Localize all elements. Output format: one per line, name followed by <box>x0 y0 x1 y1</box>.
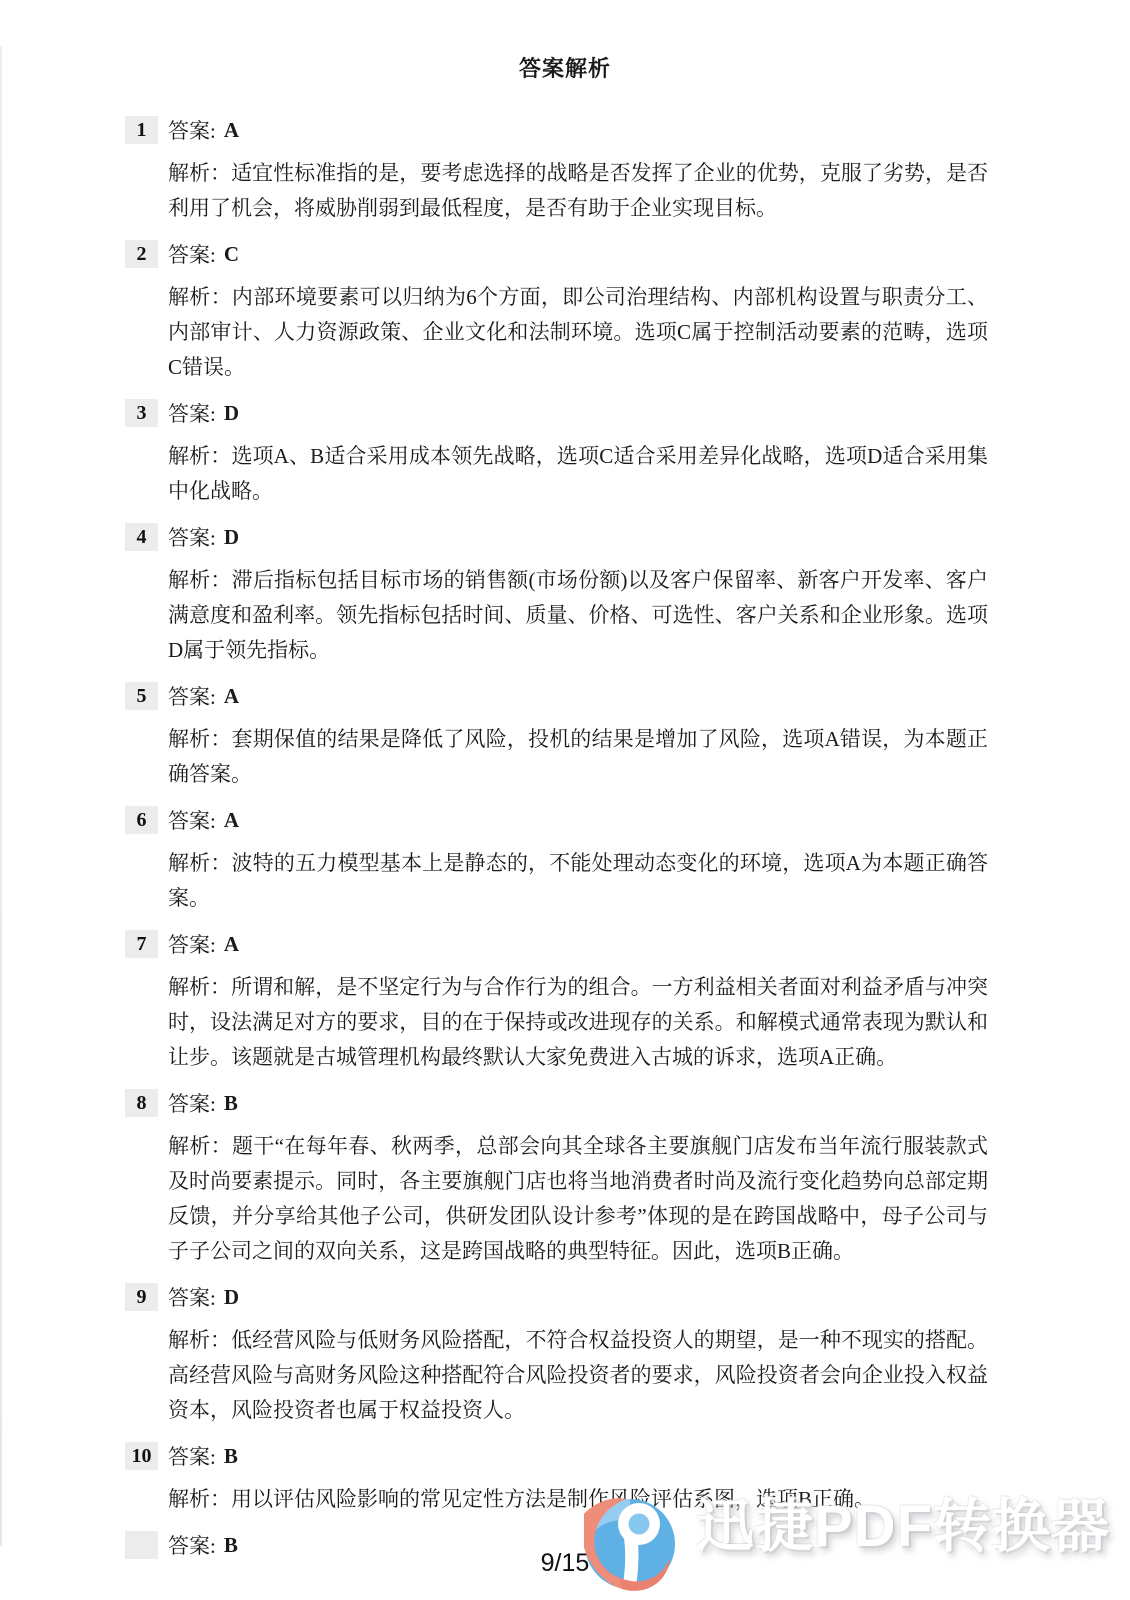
analysis-label: 解析： <box>168 851 232 875</box>
analysis-body: 用以评估风险影响的常见定性方法是制作风险评估系图，选项B正确。 <box>231 1487 875 1511</box>
answer-item: 1 答案: A 解析：适宜性标准指的是，要考虑选择的战略是否发挥了企业的优势，克… <box>125 116 988 226</box>
analysis-body: 选项A、B适合采用成本领先战略，选项C适合采用差异化战略，选项D适合采用集中化战… <box>168 444 988 503</box>
answer-letter: A <box>224 808 239 833</box>
question-number-badge: 7 <box>125 930 158 958</box>
answer-label: 答案: <box>168 1088 216 1118</box>
question-number-badge: 6 <box>125 806 158 834</box>
answer-letter: A <box>224 932 239 957</box>
answer-label: 答案: <box>168 681 216 711</box>
page-title: 答案解析 <box>0 54 1130 84</box>
answer-row: 7 答案: A <box>125 930 988 958</box>
answer-list: 1 答案: A 解析：适宜性标准指的是，要考虑选择的战略是否发挥了企业的优势，克… <box>125 116 988 1559</box>
answer-item: 9 答案: D 解析：低经营风险与低财务风险搭配，不符合权益投资人的期望，是一种… <box>125 1283 988 1428</box>
analysis-text: 解析：题干“在每年春、秋两季，总部会向其全球各主要旗舰门店发布当年流行服装款式及… <box>168 1129 988 1269</box>
analysis-label: 解析： <box>168 285 232 309</box>
answer-label: 答案: <box>168 1441 216 1471</box>
answer-row: 1 答案: A <box>125 116 988 144</box>
answer-label: 答案: <box>168 398 216 428</box>
answer-label: 答案: <box>168 522 216 552</box>
question-number-badge: 1 <box>125 116 158 144</box>
answer-item: 8 答案: B 解析：题干“在每年春、秋两季，总部会向其全球各主要旗舰门店发布当… <box>125 1089 988 1269</box>
scan-edge-artifact <box>0 46 2 1546</box>
analysis-text: 解析：套期保值的结果是降低了风险，投机的结果是增加了风险，选项A错误，为本题正确… <box>168 722 988 792</box>
answer-letter: D <box>224 1285 239 1310</box>
analysis-label: 解析： <box>168 161 231 185</box>
analysis-body: 波特的五力模型基本上是静态的，不能处理动态变化的环境，选项A为本题正确答案。 <box>168 851 988 910</box>
answer-row: 9 答案: D <box>125 1283 988 1311</box>
analysis-body: 滞后指标包括目标市场的销售额(市场份额)以及客户保留率、新客户开发率、客户满意度… <box>168 568 988 662</box>
answer-letter: A <box>224 684 239 709</box>
analysis-label: 解析： <box>168 1487 231 1511</box>
answer-letter: B <box>224 1091 238 1116</box>
analysis-text: 解析：选项A、B适合采用成本领先战略，选项C适合采用差异化战略，选项D适合采用集… <box>168 439 988 509</box>
question-number-badge: 4 <box>125 523 158 551</box>
question-number-badge: 9 <box>125 1283 158 1311</box>
analysis-text: 解析：适宜性标准指的是，要考虑选择的战略是否发挥了企业的优势，克服了劣势，是否利… <box>168 156 988 226</box>
analysis-label: 解析： <box>168 1328 231 1352</box>
analysis-label: 解析： <box>168 1134 232 1158</box>
answer-letter: B <box>224 1444 238 1469</box>
question-number-badge: 8 <box>125 1089 158 1117</box>
page-number: 9/15 <box>0 1549 1130 1578</box>
answer-row: 10 答案: B <box>125 1442 988 1470</box>
answer-row: 3 答案: D <box>125 399 988 427</box>
analysis-body: 套期保值的结果是降低了风险，投机的结果是增加了风险，选项A错误，为本题正确答案。 <box>168 727 988 786</box>
answer-row: 5 答案: A <box>125 682 988 710</box>
question-number-badge: 3 <box>125 399 158 427</box>
answer-letter: D <box>224 401 239 426</box>
answer-item: 10 答案: B 解析：用以评估风险影响的常见定性方法是制作风险评估系图，选项B… <box>125 1442 988 1517</box>
question-number-badge: 10 <box>125 1442 158 1470</box>
document-page: 答案解析 1 答案: A 解析：适宜性标准指的是，要考虑选择的战略是否发挥了企业… <box>0 0 1130 1600</box>
answer-letter: D <box>224 525 239 550</box>
answer-item: 7 答案: A 解析：所谓和解，是不坚定行为与合作行为的组合。一方利益相关者面对… <box>125 930 988 1075</box>
answer-row: 6 答案: A <box>125 806 988 834</box>
answer-label: 答案: <box>168 239 216 269</box>
answer-item: 3 答案: D 解析：选项A、B适合采用成本领先战略，选项C适合采用差异化战略，… <box>125 399 988 509</box>
analysis-text: 解析：所谓和解，是不坚定行为与合作行为的组合。一方利益相关者面对利益矛盾与冲突时… <box>168 970 988 1075</box>
answer-letter: C <box>224 242 239 267</box>
analysis-body: 所谓和解，是不坚定行为与合作行为的组合。一方利益相关者面对利益矛盾与冲突时，设法… <box>168 975 988 1069</box>
answer-row: 4 答案: D <box>125 523 988 551</box>
analysis-text: 解析：内部环境要素可以归纳为6个方面，即公司治理结构、内部机构设置与职责分工、内… <box>168 280 988 385</box>
analysis-label: 解析： <box>168 727 232 751</box>
answer-item: 2 答案: C 解析：内部环境要素可以归纳为6个方面，即公司治理结构、内部机构设… <box>125 240 988 385</box>
answer-item: 6 答案: A 解析：波特的五力模型基本上是静态的，不能处理动态变化的环境，选项… <box>125 806 988 916</box>
answer-item: 5 答案: A 解析：套期保值的结果是降低了风险，投机的结果是增加了风险，选项A… <box>125 682 988 792</box>
analysis-body: 内部环境要素可以归纳为6个方面，即公司治理结构、内部机构设置与职责分工、内部审计… <box>168 285 988 379</box>
analysis-body: 题干“在每年春、秋两季，总部会向其全球各主要旗舰门店发布当年流行服装款式及时尚要… <box>168 1134 988 1263</box>
analysis-body: 适宜性标准指的是，要考虑选择的战略是否发挥了企业的优势，克服了劣势，是否利用了机… <box>168 161 988 220</box>
question-number-badge: 2 <box>125 240 158 268</box>
answer-label: 答案: <box>168 929 216 959</box>
analysis-text: 解析：用以评估风险影响的常见定性方法是制作风险评估系图，选项B正确。 <box>168 1482 988 1517</box>
answer-item: 4 答案: D 解析：滞后指标包括目标市场的销售额(市场份额)以及客户保留率、新… <box>125 523 988 668</box>
answer-label: 答案: <box>168 115 216 145</box>
analysis-label: 解析： <box>168 444 231 468</box>
answer-row: 2 答案: C <box>125 240 988 268</box>
analysis-text: 解析：滞后指标包括目标市场的销售额(市场份额)以及客户保留率、新客户开发率、客户… <box>168 563 988 668</box>
analysis-text: 解析：低经营风险与低财务风险搭配，不符合权益投资人的期望，是一种不现实的搭配。高… <box>168 1323 988 1428</box>
answer-letter: A <box>224 118 239 143</box>
analysis-label: 解析： <box>168 975 231 999</box>
analysis-text: 解析：波特的五力模型基本上是静态的，不能处理动态变化的环境，选项A为本题正确答案… <box>168 846 988 916</box>
question-number-badge: 5 <box>125 682 158 710</box>
answer-label: 答案: <box>168 1282 216 1312</box>
analysis-label: 解析： <box>168 568 232 592</box>
analysis-body: 低经营风险与低财务风险搭配，不符合权益投资人的期望，是一种不现实的搭配。高经营风… <box>168 1328 988 1422</box>
answer-row: 8 答案: B <box>125 1089 988 1117</box>
answer-label: 答案: <box>168 805 216 835</box>
